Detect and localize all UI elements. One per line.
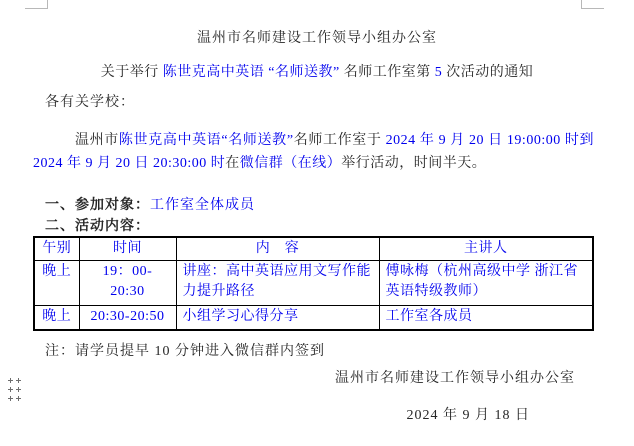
notice-title: 关于举行 陈世克高中英语 “名师送教” 名师工作室第 5 次活动的通知 [0,61,634,81]
table-cell-speaker: 工作室各成员 [379,306,593,331]
drag-handle-icon[interactable] [8,378,21,401]
table-cell-period: 晚上 [34,306,79,331]
drag-handle-dot [8,378,13,383]
section-participants: 一、参加对象：工作室全体成员 [45,194,255,214]
drag-handle-dot [8,387,13,392]
table-cell-content: 讲座：高中英语应用文写作能力提升路径 [176,261,379,306]
intro-location: 微信群（在线） [240,156,342,171]
intro-mid2: 在 [225,156,240,171]
intro-city: 温州市 [75,133,119,148]
page-title: 温州市名师建设工作领导小组办公室 [0,27,634,47]
table-header-speaker: 主讲人 [379,237,593,261]
table-row: 晚上 20:30-20:50 小组学习心得分享 工作室各成员 [34,306,593,331]
salutation: 各有关学校： [45,91,135,111]
document-date: 2024 年 9 月 18 日 [407,404,531,424]
drag-handle-dot [8,396,13,401]
signature-org: 温州市名师建设工作领导小组办公室 [335,367,575,387]
section-activity: 二、活动内容： [45,215,150,235]
section-participants-value: 工作室全体成员 [150,198,255,213]
notice-title-mid: 名师工作室第 [344,65,435,80]
table-cell-period: 晚上 [34,261,79,306]
crop-mark-top-left-vertical [47,0,48,9]
section-participants-label: 一、参加对象： [45,198,150,213]
table-cell-content: 小组学习心得分享 [176,306,379,331]
drag-handle-dot [16,396,21,401]
drag-handle-dot [16,378,21,383]
table-header-period: 午别 [34,237,79,261]
section-activity-label: 二、活动内容： [45,219,150,234]
notice-title-post: 次活动的通知 [442,65,533,80]
table-header-time: 时间 [79,237,176,261]
table-cell-time: 20:30-20:50 [79,306,176,331]
drag-handle-dot [16,387,21,392]
activity-table: 午别 时间 内 容 主讲人 晚上 19：00-20:30 讲座：高中英语应用文写… [33,236,594,331]
document-page: 温州市名师建设工作领导小组办公室 关于举行 陈世克高中英语 “名师送教” 名师工… [0,0,634,446]
table-row: 晚上 19：00-20:30 讲座：高中英语应用文写作能力提升路径 傅咏梅（杭州… [34,261,593,306]
intro-mid1: 名师工作室于 [294,133,386,148]
intro-tail: 举行活动，时间半天。 [341,156,486,171]
crop-mark-top-left [25,8,48,9]
notice-title-pre: 关于举行 [101,65,163,80]
table-header-row: 午别 时间 内 容 主讲人 [34,237,593,261]
table-cell-speaker: 傅咏梅（杭州高级中学 浙江省英语特级教师） [379,261,593,306]
crop-mark-top-right-vertical [581,0,582,9]
intro-workshop-name: 陈世克高中英语“名师送教” [119,133,294,148]
note-text: 注：请学员提早 10 分钟进入微信群内签到 [45,340,325,360]
crop-mark-top-right [581,8,604,9]
table-cell-time: 19：00-20:30 [79,261,176,306]
notice-title-workshop: 陈世克高中英语 “名师送教” [163,65,344,80]
intro-paragraph: 温州市陈世克高中英语“名师送教”名师工作室于 2024 年 9 月 20 日 1… [33,129,594,175]
table-header-content: 内 容 [176,237,379,261]
